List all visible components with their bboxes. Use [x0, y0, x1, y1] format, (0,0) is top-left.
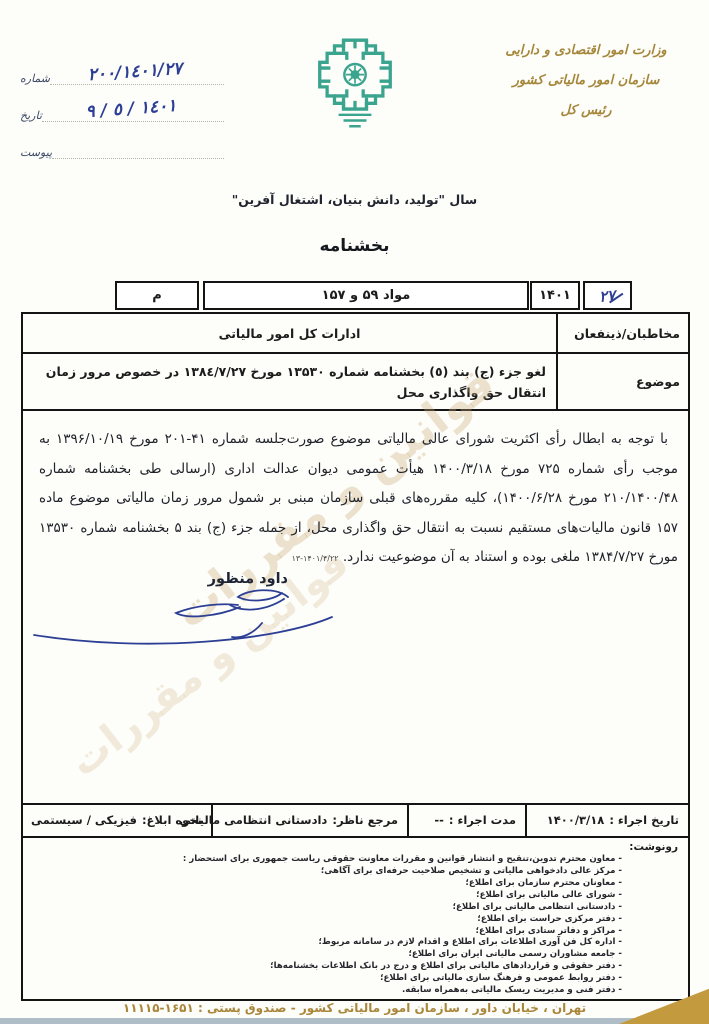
body-text: با توجه به ابطال رأی اکثریت شورای عالی م…: [39, 431, 678, 565]
classification-row: ۲۷ ۱۴۰۱ مواد ۵۹ و ۱۵۷ م: [0, 281, 690, 311]
number-line: ٢٠٠/١٤٠١/٢٧: [50, 55, 224, 85]
handwritten-number: ٢٠٠/١٤٠١/٢٧: [50, 56, 221, 88]
audience-row: مخاطبان/ذینفعان ادارات کل امور مالیاتی: [23, 314, 688, 354]
body-paragraph: با توجه به ابطال رأی اکثریت شورای عالی م…: [23, 411, 688, 574]
cc-item: دفتر روابط عمومی و فرهنگ سازی مالیاتی بر…: [31, 973, 622, 985]
attachment-label: پیوست: [14, 146, 52, 159]
signer-title: رئیس کل: [481, 96, 691, 126]
date-line: ١٤٠١ / ٥ / ٩: [42, 92, 224, 122]
execution-date-cell: تاریخ اجراء : ۱۴۰۰/۳/۱۸: [525, 805, 688, 836]
notification-label: نحوه ابلاغ:: [142, 813, 202, 827]
handwritten-serial: ۲۷: [599, 286, 617, 306]
cc-item: دادستانی انتظامی مالیاتی برای اطلاع؛: [31, 902, 622, 914]
circular-document-page: قوانین و مقررات قوانین و مقررات وزارت ام…: [0, 0, 709, 1024]
number-field: ٢٠٠/١٤٠١/٢٧ شماره: [14, 48, 224, 85]
subject-value: لغو جزء (ج) بند (٥) بخشنامه شماره ۱۳۵۳۰ …: [23, 354, 556, 409]
serial-number-box: ۲۷: [583, 281, 632, 310]
ministry-name: وزارت امور اقتصادی و دارایی: [481, 36, 691, 66]
cc-item: مرکز عالی دادخواهی مالیاتی و تشخیص صلاحی…: [31, 866, 622, 878]
handwritten-date: ١٤٠١ / ٥ / ٩: [41, 93, 220, 125]
body-side-note: ۱۴۰۱/۴/۲۲-۱۳: [292, 554, 339, 563]
duration-value: --: [434, 813, 444, 827]
attachment-value: [52, 150, 219, 162]
duration-cell: مدت اجراء : --: [407, 805, 525, 836]
cc-item: دفتر حقوقی و قراردادهای مالیاتی برای اطل…: [31, 961, 622, 973]
circular-table: مخاطبان/ذینفعان ادارات کل امور مالیاتی م…: [21, 312, 690, 1001]
duration-label: مدت اجراء :: [449, 813, 516, 827]
reference-fields: ٢٠٠/١٤٠١/٢٧ شماره ١٤٠١ / ٥ / ٩ تاریخ پیو…: [14, 48, 224, 159]
date-label: تاریخ: [14, 109, 42, 122]
cc-item: دفتر مرکزی حراست برای اطلاع؛: [31, 914, 622, 926]
subject-row: موضوع لغو جزء (ج) بند (٥) بخشنامه شماره …: [23, 354, 688, 411]
cc-item: شورای عالی مالیاتی برای اطلاع؛: [31, 890, 622, 902]
organization-titles: وزارت امور اقتصادی و دارایی سازمان امور …: [481, 36, 691, 126]
body-row: با توجه به ابطال رأی اکثریت شورای عالی م…: [23, 411, 688, 805]
subject-label: موضوع: [556, 354, 688, 409]
cc-item: جامعه مشاوران رسمی مالیاتی ایران برای اط…: [31, 949, 622, 961]
execution-date-value: ۱۴۰۰/۳/۱۸: [547, 813, 605, 827]
footer-address: تهران ، خیابان داور ، سازمان امور مالیات…: [0, 1001, 709, 1015]
cc-label: رونوشت:: [31, 841, 678, 853]
cc-item: معاونان محترم سازمان برای اطلاع؛: [31, 878, 622, 890]
letterhead: وزارت امور اقتصادی و دارایی سازمان امور …: [0, 28, 709, 158]
tax-organization-logo: [314, 35, 396, 133]
cc-item: معاون محترم تدوین،تنقیح و انتشار قوانین …: [31, 854, 622, 866]
supervisor-label: مرجع ناظر:: [332, 813, 398, 827]
legal-articles-box: مواد ۵۹ و ۱۵۷: [203, 281, 529, 310]
notification-cell: نحوه ابلاغ: فیزیکی / سیستمی: [23, 805, 211, 836]
cc-item: مراکز و دفاتر ستادی برای اطلاع؛: [31, 926, 622, 938]
logo-icon: [314, 35, 396, 129]
execution-date-label: تاریخ اجراء :: [609, 813, 679, 827]
number-label: شماره: [14, 72, 50, 85]
document-type-title: بخشنامه: [0, 236, 709, 256]
notification-value: فیزیکی / سیستمی: [31, 813, 137, 827]
cc-item: دفتر فنی و مدیریت ریسک مالیاتی به‌همراه …: [31, 985, 622, 997]
year-box: ۱۴۰۱: [530, 281, 580, 310]
execution-info-row: تاریخ اجراء : ۱۴۰۰/۳/۱۸ مدت اجراء : -- م…: [23, 805, 688, 838]
attachment-line: [52, 129, 224, 159]
date-field: ١٤٠١ / ٥ / ٩ تاریخ: [14, 85, 224, 122]
audience-value: ادارات کل امور مالیاتی: [23, 314, 556, 352]
supervisor-cell: مرجع ناظر: دادستانی انتظامی مالیاتی: [211, 805, 407, 836]
signature-icon: [26, 583, 336, 661]
organization-name: سازمان امور مالیاتی کشور: [481, 66, 691, 96]
audience-label: مخاطبان/ذینفعان: [556, 314, 688, 352]
carbon-copy-row: رونوشت: معاون محترم تدوین،تنقیح و انتشار…: [23, 838, 688, 999]
bottom-scan-band: [0, 1018, 709, 1024]
attachment-field: پیوست: [14, 122, 224, 159]
cc-list: معاون محترم تدوین،تنقیح و انتشار قوانین …: [31, 854, 678, 997]
cc-item: اداره کل فن آوری اطلاعات برای اطلاع و اق…: [31, 937, 622, 949]
type-code-box: م: [115, 281, 199, 310]
year-slogan: سال "تولید، دانش بنیان، اشتغال آفرین": [0, 192, 709, 207]
